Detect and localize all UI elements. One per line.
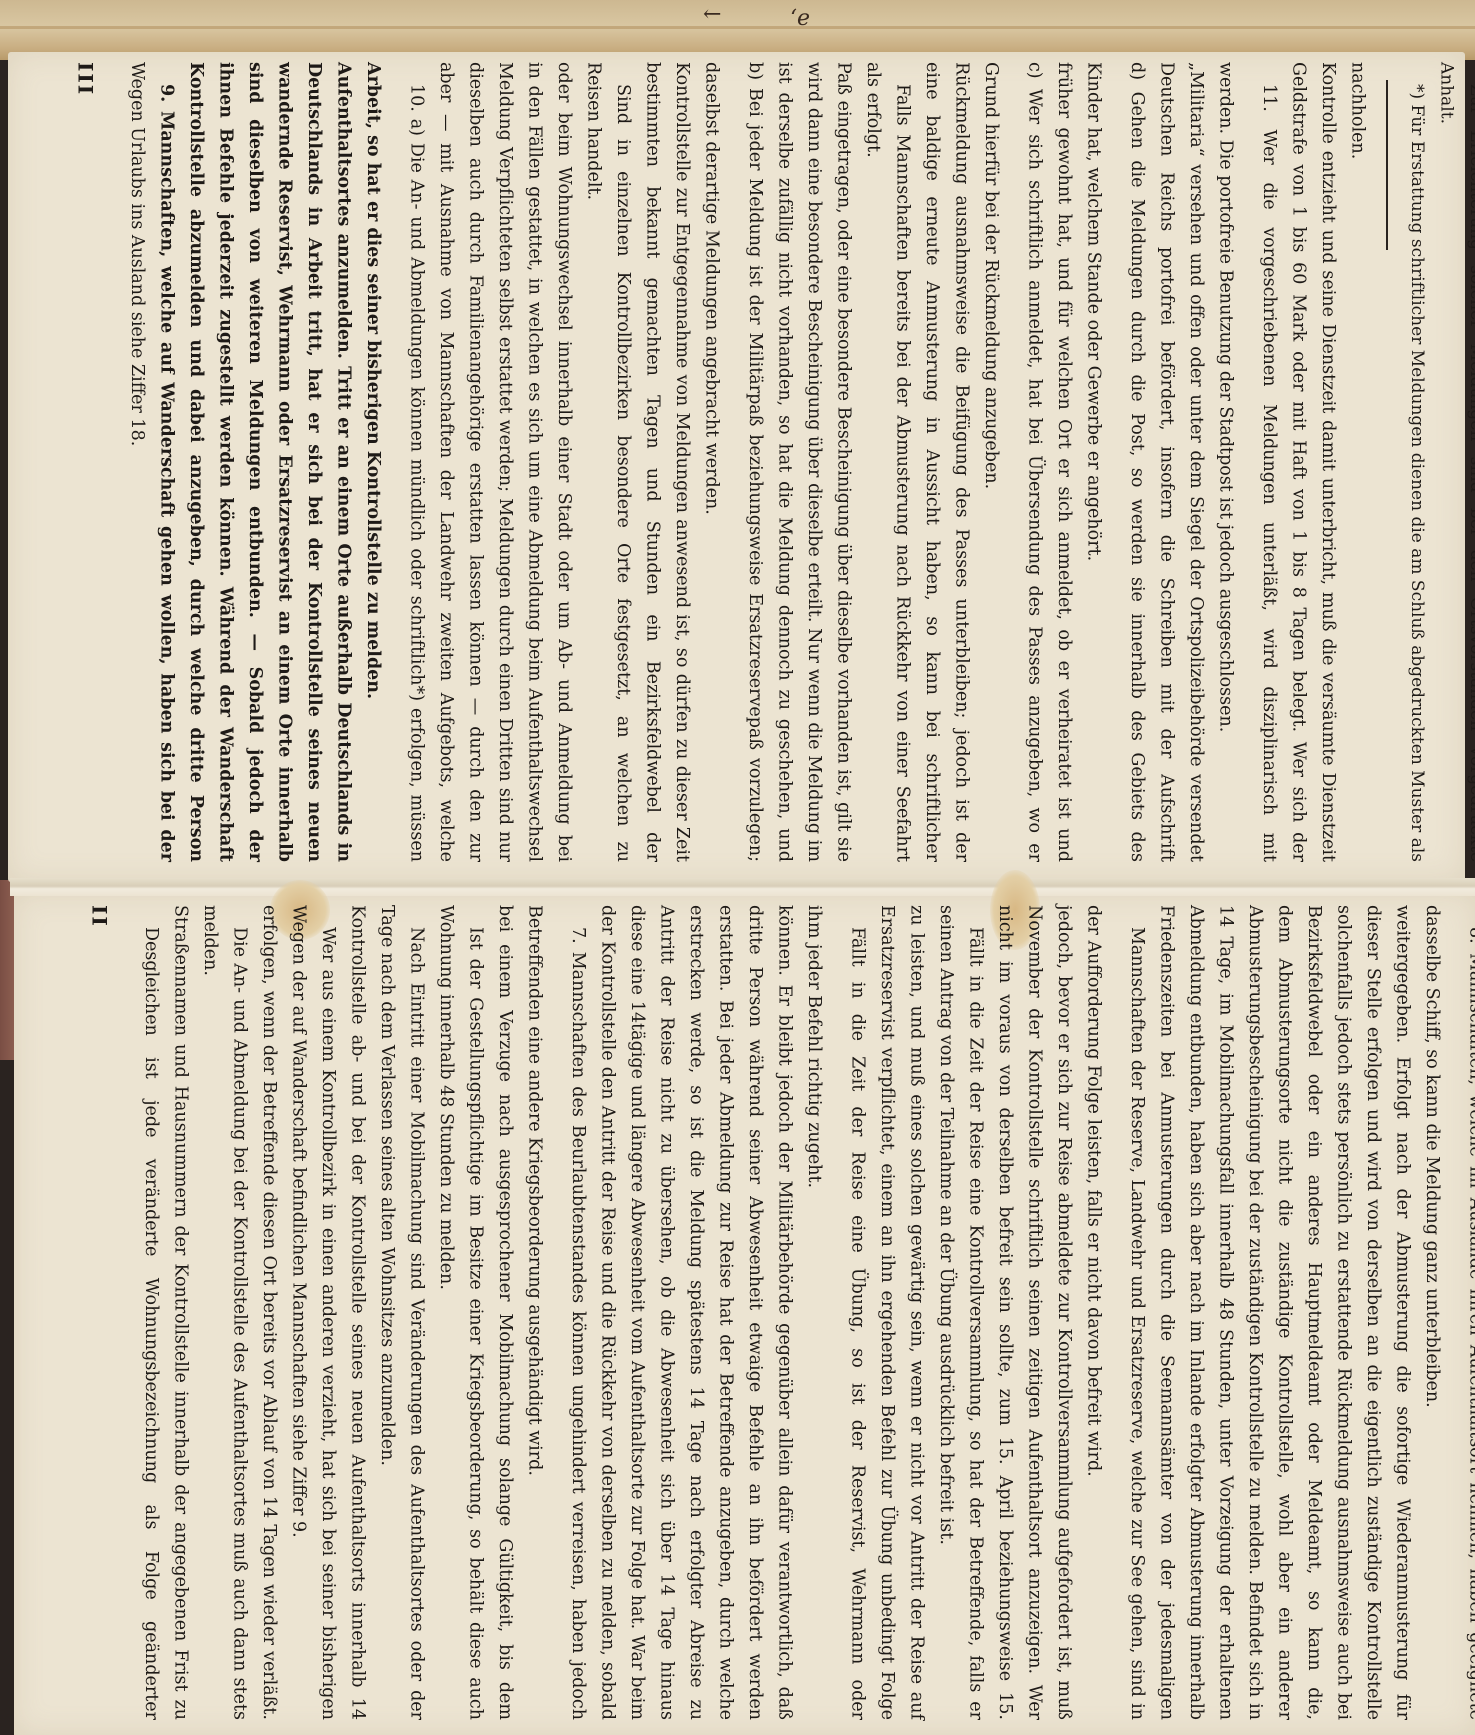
paragraph: Sind in einzelnen Kontrollbezirken beson… [608,62,726,862]
paragraph-9: 9. Mannschaften, welche auf Wanderschaft… [151,62,387,862]
paragraph: Wer aus einem Kontrollbezirk in einen an… [313,905,402,1720]
paragraph: Ist der Gestellungspflichtige im Besitze… [460,905,549,1720]
book-gutter [10,878,1475,896]
footnote: Zur Erleichterung solcher Meldungen sind… [1461,62,1475,862]
paragraph-10c: c) Wer sich schriftlich anmeldet, hat be… [1019,62,1108,862]
paragraph: Nach Eintritt einer Mobilmachung sind Ve… [401,905,460,1720]
cover-fold-line [0,26,1475,29]
handwritten-mark: ‘e [790,6,810,31]
book-cover-edge: ← ‘e [0,0,1475,60]
paragraph-10d: d) Gehen die Meldungen durch die Post, s… [1122,62,1240,862]
paragraph-10a: 10. a) Die An- und Abmeldungen können mü… [401,62,608,862]
paragraph: Mannschaften der Reserve, Landwehr und E… [1122,905,1447,1720]
page-number: III [70,62,100,862]
page-II-text: II Desgleichen ist jede veränderte Wohnu… [84,905,1464,1720]
handwritten-mark: ← [703,2,721,27]
footnote-divider [1386,80,1388,250]
page-number: II [84,905,114,1720]
paragraph: Fällt in die Zeit der Reise eine Übung, … [842,905,960,1720]
page-III-text: III Wegen Urlaubs ins Ausland siehe Ziff… [70,62,1450,862]
paragraph-11: 11. Wer die vorgeschriebenen Meldungen u… [1254,62,1372,862]
paragraph: Wegen Urlaubs ins Ausland siehe Ziffer 1… [122,62,152,862]
footnote: *) Für Erstattung schriftlicher Meldunge… [1402,62,1461,862]
paragraph-7: 7. Mannschaften des Beurlaubtenstandes k… [563,905,829,1720]
paragraph: Fällt in die Zeit der Reise eine Kontrol… [960,905,1108,1720]
paragraph: Desgleichen ist jede veränderte Wohnungs… [136,905,225,1720]
paragraph-8: 8. Mannschaften, welche im Auslande ihre… [1460,905,1475,1720]
paragraph: Falls Mannschaften bereits bei der Abmus… [887,62,1005,862]
paragraph-10b: b) Bei jeder Meldung ist der Militärpaß … [740,62,888,862]
paragraph: Die An- und Abmeldung bei der Kontrollst… [224,905,313,1720]
